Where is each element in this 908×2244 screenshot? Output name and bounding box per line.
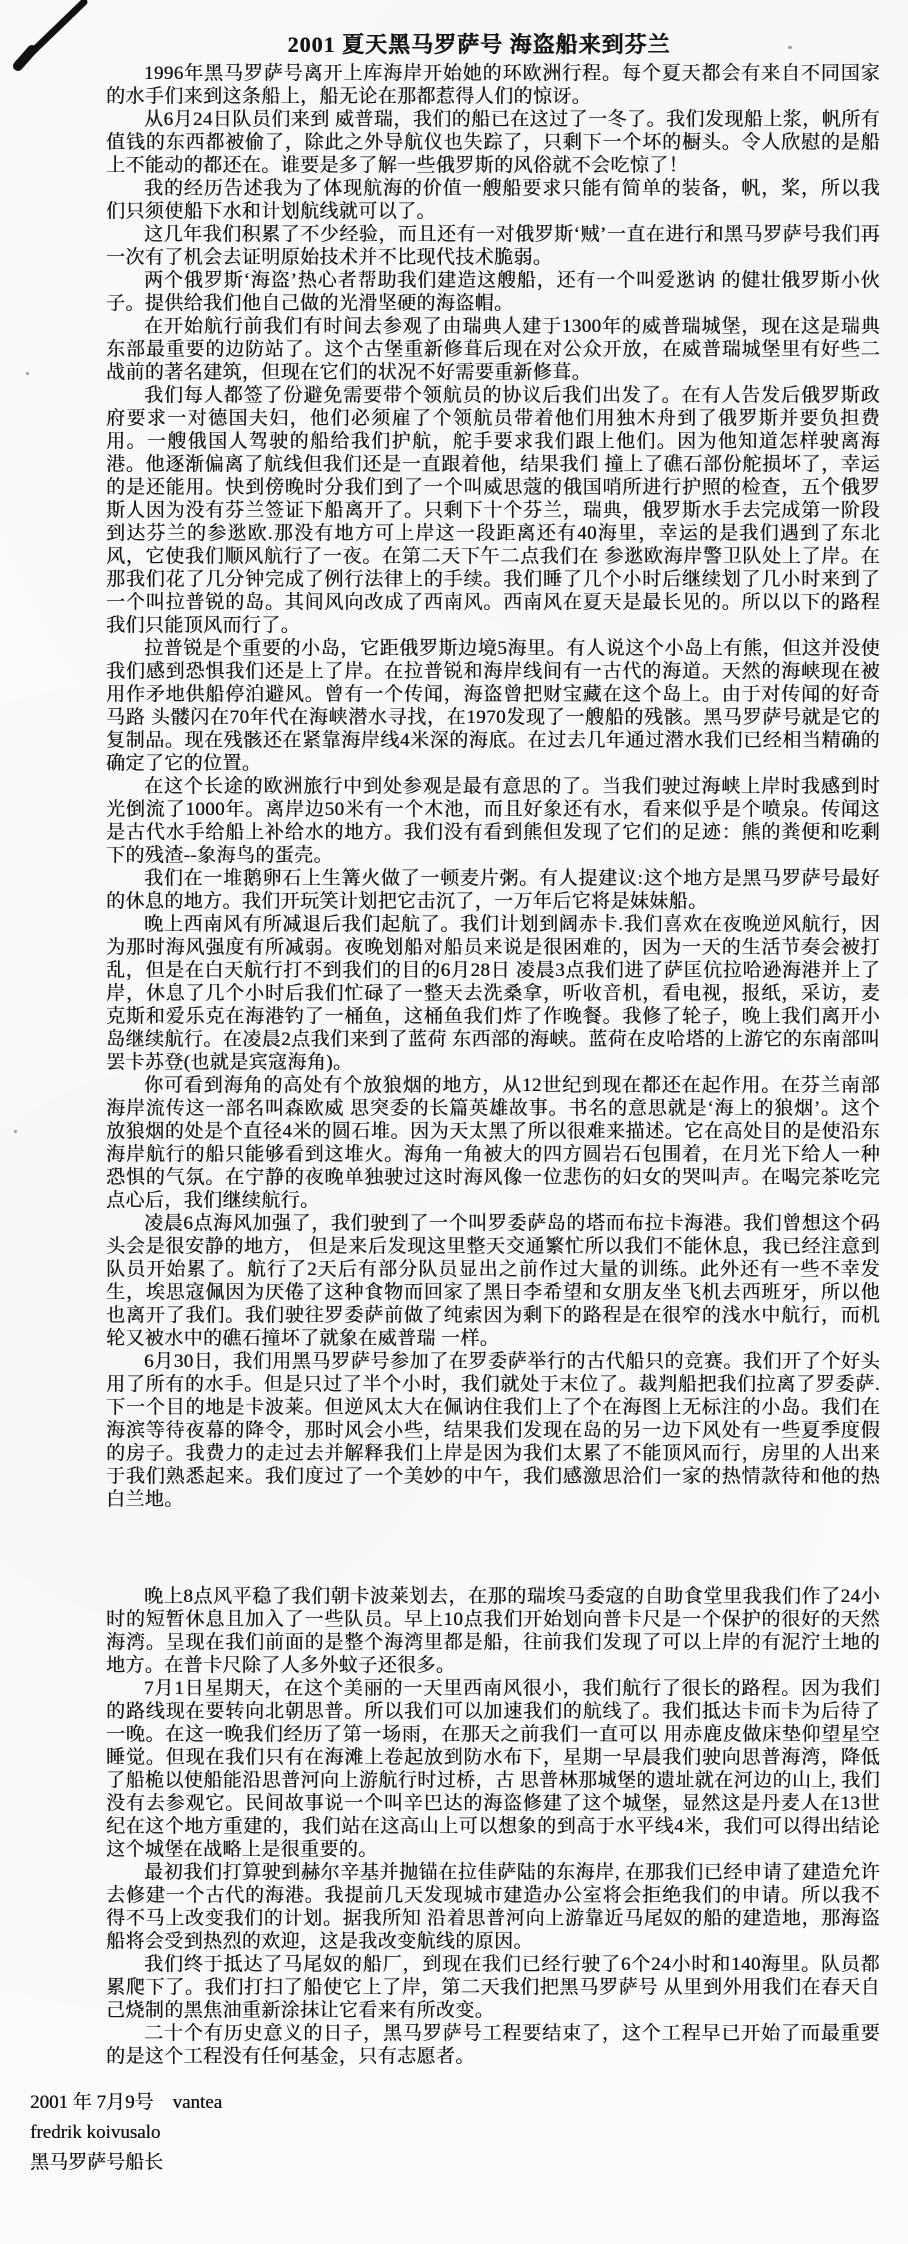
paragraph: 6月30日，我们用黑马罗萨号参加了在罗委萨举行的古代船只的竞赛。我们开了个好头用…	[106, 1350, 880, 1511]
signature-name: fredrik koivusalo	[30, 2118, 880, 2148]
scan-speck	[26, 372, 29, 375]
paragraph: 二十个有历史意义的日子，黑马罗萨号工程要结束了，这个工程早已开始了而最重要的是这…	[106, 2022, 880, 2068]
paragraph: 从6月24日队员们来到 威普瑞，我们的船已在这过了一冬了。我们发现船上浆，帆所有…	[106, 108, 880, 177]
signature-block: 2001 年 7月9号 vantea fredrik koivusalo 黑马罗…	[30, 2088, 880, 2178]
signature-role: 黑马罗萨号船长	[30, 2148, 880, 2178]
document-body-section-2: 晚上8点风平稳了我们朝卡波莱划去，在那的瑞埃马委寇的自助食堂里我我们作了24小时…	[106, 1585, 880, 2068]
signature-date: 2001 年 7月9号 vantea	[30, 2088, 880, 2118]
document-title: 2001 夏天黑马罗萨号 海盗船来到芬兰	[0, 28, 908, 59]
paragraph: 这几年我们积累了不少经验，而且还有一对俄罗斯‘贼’一直在进行和黑马罗萨号我们再一…	[106, 223, 880, 269]
paragraph: 1996年黑马罗萨号离开上库海岸开始她的环欧洲行程。每个夏天都会有来自不同国家的…	[106, 62, 880, 108]
paragraph: 凌晨6点海风加强了，我们驶到了一个叫罗委萨岛的塔而布拉卡海港。我们曾想这个码头会…	[106, 1212, 880, 1350]
paragraph: 最初我们打算驶到赫尔辛基并抛锚在拉佳萨陆的东海岸, 在那我们已经申请了建造允许去…	[106, 1861, 880, 1953]
scanned-document-page: 2001 夏天黑马罗萨号 海盗船来到芬兰 1996年黑马罗萨号离开上库海岸开始她…	[0, 0, 908, 2244]
paragraph: 7月1日星期天，在这个美丽的一天里西南风很小，我们航行了很长的路程。因为我们的路…	[106, 1677, 880, 1861]
paragraph: 我们终于抵达了马尾奴的船厂，到现在我们已经行驶了6个24小时和140海里。队员都…	[106, 1953, 880, 2022]
paragraph: 我们在一堆鹅卵石上生篝火做了一顿麦片粥。有人提建议:这个地方是黑马罗萨号最好的休…	[106, 867, 880, 913]
paragraph: 在这个长途的欧洲旅行中到处参观是最有意思的了。当我们驶过海峡上岸时我感到时光倒流…	[106, 775, 880, 867]
scan-speck	[788, 46, 792, 49]
paragraph: 拉普锐是个重要的小岛，它距俄罗斯边境5海里。有人说这个小岛上有熊，但这并没使我们…	[106, 637, 880, 775]
scan-speck	[14, 1130, 17, 1133]
paragraph: 晚上8点风平稳了我们朝卡波莱划去，在那的瑞埃马委寇的自助食堂里我我们作了24小时…	[106, 1585, 880, 1677]
document-body-section-1: 1996年黑马罗萨号离开上库海岸开始她的环欧洲行程。每个夏天都会有来自不同国家的…	[106, 62, 880, 1511]
paragraph: 我的经历告述我为了体现航海的价值一艘船要求只能有简单的装备，帆，桨，所以我们只须…	[106, 177, 880, 223]
paragraph: 两个俄罗斯‘海盗’热心者帮助我们建造这艘船，还有一个叫爱逖讷 的健壮俄罗斯小伙子…	[106, 269, 880, 315]
paragraph: 你可看到海角的高处有个放狼烟的地方，从12世纪到现在都还在起作用。在芬兰南部海岸…	[106, 1074, 880, 1212]
paragraph: 我们每人都签了份避免需要带个领航员的协议后我们出发了。在有人告发后俄罗斯政府要求…	[106, 384, 880, 637]
paragraph: 在开始航行前我们有时间去参观了由瑞典人建于1300年的威普瑞城堡，现在这是瑞典东…	[106, 315, 880, 384]
paragraph: 晚上西南风有所减退后我们起航了。我们计划到阔赤卡.我们喜欢在夜晚逆风航行，因为那…	[106, 913, 880, 1074]
